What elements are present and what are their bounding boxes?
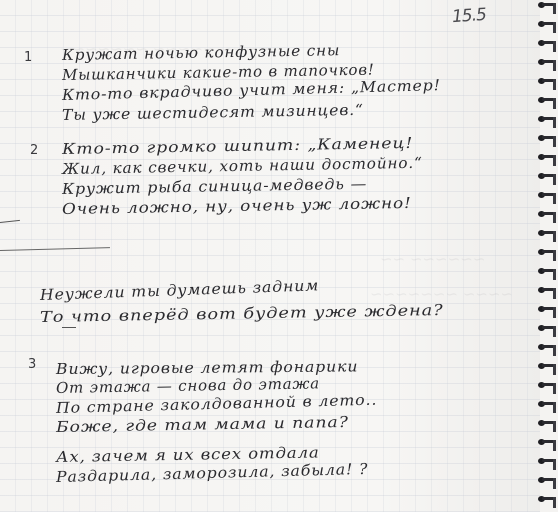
page-number: 15.5 bbox=[451, 5, 486, 27]
text-line: Неужели ты думаешь задним bbox=[40, 276, 320, 304]
text-line: То что вперёд вот будет уже ждена? bbox=[40, 301, 444, 326]
text-line: Боже, где там мама и папа? bbox=[56, 413, 349, 436]
pen-stroke bbox=[0, 247, 110, 251]
spiral-coil bbox=[538, 285, 556, 295]
stanza-number: 1 bbox=[24, 50, 32, 65]
spiral-coil bbox=[538, 475, 556, 485]
spiral-coil bbox=[538, 494, 556, 504]
spiral-coil bbox=[538, 171, 556, 181]
spiral-coil bbox=[538, 209, 556, 219]
spiral-coil bbox=[538, 418, 556, 428]
spiral-coil bbox=[538, 437, 556, 447]
text-line: Очень ложно, ну, очень уж ложно! bbox=[62, 194, 412, 218]
spiral-coil bbox=[538, 38, 556, 48]
spiral-coil bbox=[538, 0, 556, 10]
bleed-through-text: ~~~~~~ ~~ bbox=[380, 250, 485, 268]
spiral-coil bbox=[538, 399, 556, 409]
spiral-coil bbox=[538, 95, 556, 105]
spiral-coil bbox=[538, 76, 556, 86]
text-line: Кружат ночью конфузные сны bbox=[62, 41, 341, 64]
spiral-coil bbox=[538, 190, 556, 200]
stanza-number: 3 bbox=[28, 357, 36, 372]
spiral-coil bbox=[538, 114, 556, 124]
spiral-coil bbox=[538, 323, 556, 333]
spiral-binding bbox=[536, 0, 558, 512]
spiral-coil bbox=[538, 57, 556, 67]
spiral-coil bbox=[538, 247, 556, 257]
spiral-coil bbox=[538, 19, 556, 29]
text-line: Ты уже шестидесят мизинцев.“ bbox=[62, 101, 364, 124]
pen-stroke bbox=[62, 327, 76, 328]
spiral-coil bbox=[538, 456, 556, 466]
spiral-coil bbox=[538, 342, 556, 352]
stanza-number: 2 bbox=[30, 143, 38, 158]
spiral-coil bbox=[538, 152, 556, 162]
text-line: Жил, как свечки, хоть наши достойно.“ bbox=[62, 154, 423, 178]
spiral-coil bbox=[538, 380, 556, 390]
notebook-page: ~~~~ ~~~~~ ~~~~~~~ ~~~~~~ ~~ ~~~~ ~~~~~~… bbox=[0, 0, 540, 512]
spiral-coil bbox=[538, 133, 556, 143]
spiral-coil bbox=[538, 266, 556, 276]
pen-stroke bbox=[0, 220, 20, 223]
spiral-coil bbox=[538, 304, 556, 314]
spiral-coil bbox=[538, 361, 556, 371]
spiral-coil bbox=[538, 228, 556, 238]
